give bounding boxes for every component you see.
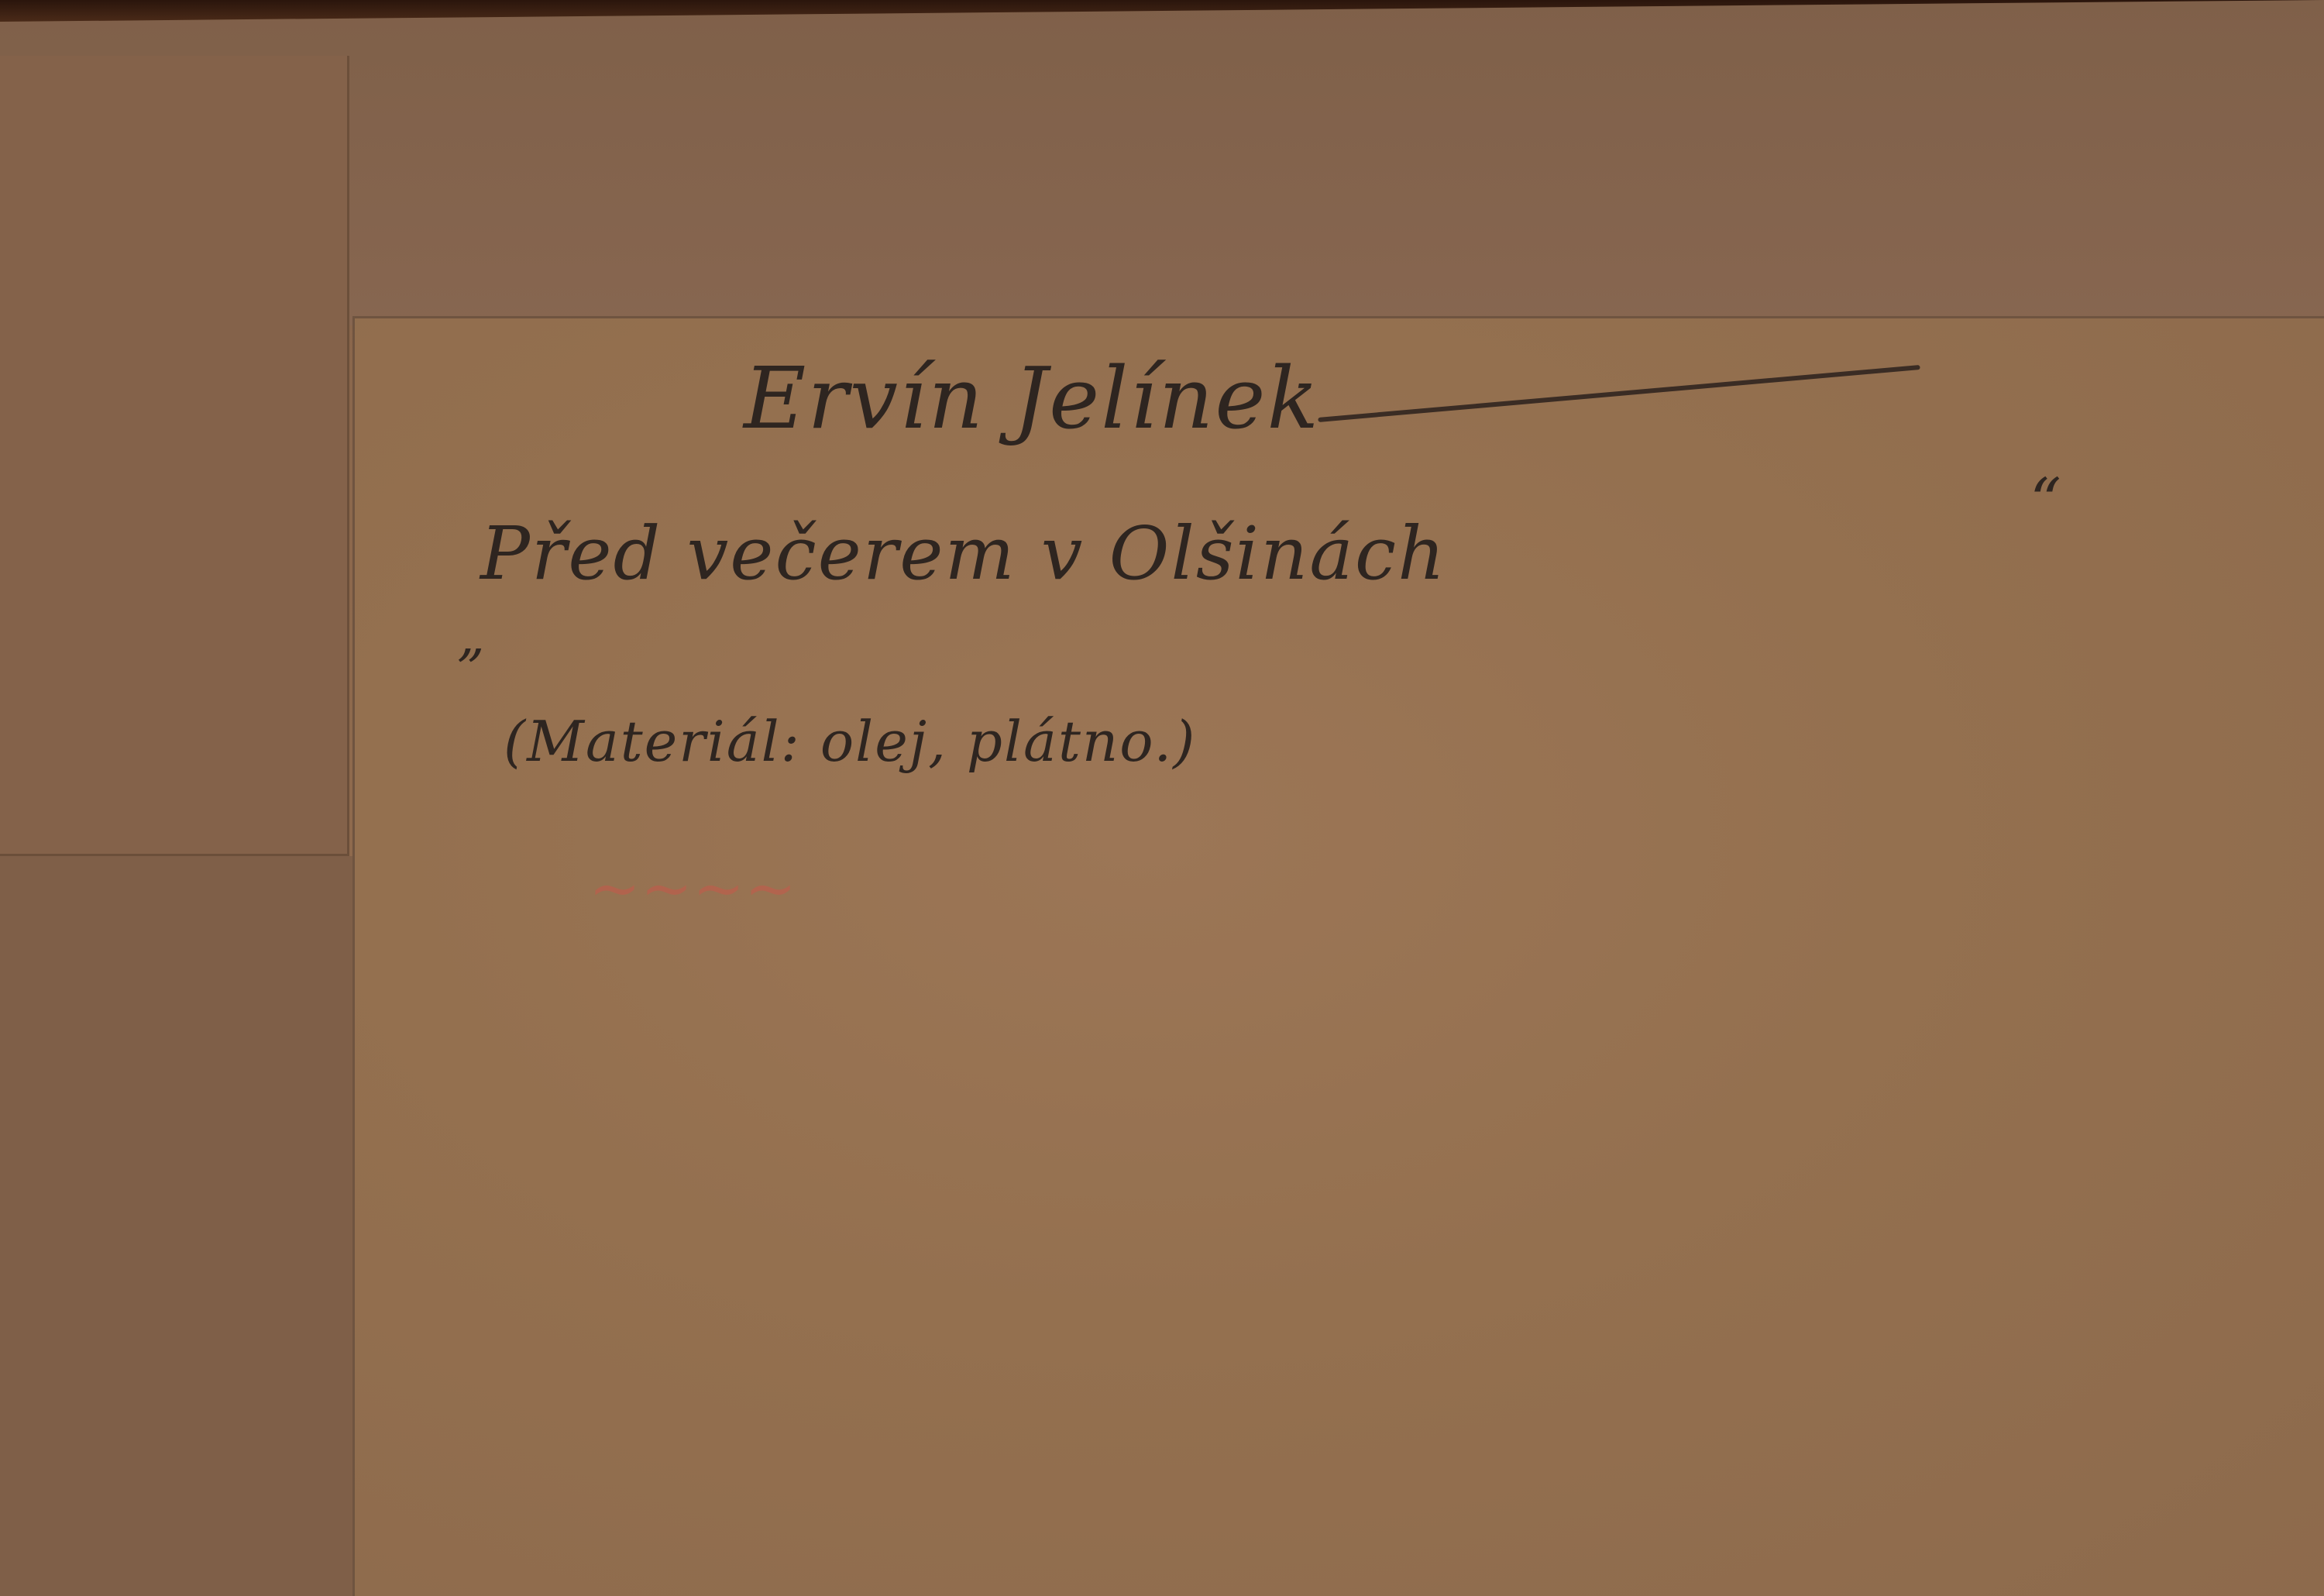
left-panel-lower — [0, 856, 366, 1596]
red-crayon-scribble: ~~~~ — [589, 852, 796, 924]
left-panel-upper — [0, 56, 349, 856]
cardboard-backing: Ervín Jelínek „ Před večerem v Olšinách … — [0, 0, 2324, 1596]
quote-open: „ — [457, 604, 486, 668]
material-note: (Materiál: olej, plátno.) — [504, 709, 1196, 774]
artwork-title: Před večerem v Olšinách — [480, 511, 1446, 597]
artist-signature: Ervín Jelínek — [744, 349, 1320, 448]
quote-close: “ — [2030, 465, 2063, 537]
label-sheet — [352, 316, 2324, 1596]
